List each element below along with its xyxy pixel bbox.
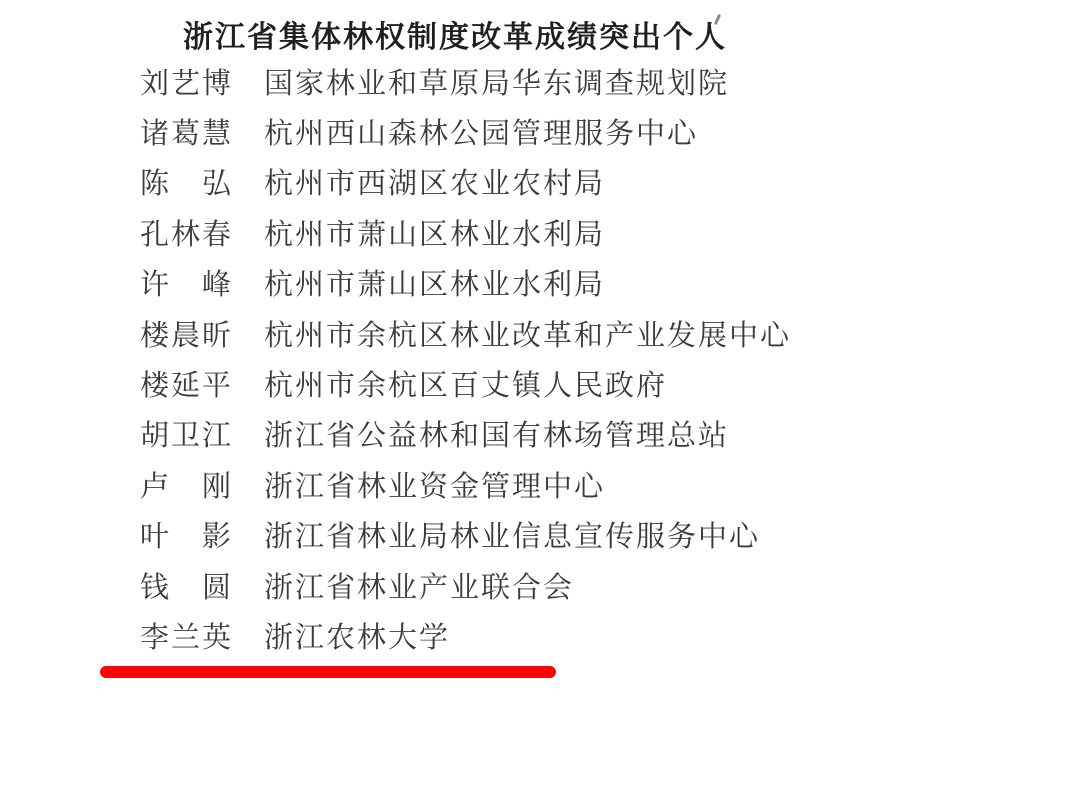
person-name: 胡卫江 [140,413,238,454]
list-item: 楼晨昕 杭州市余杭区林业改革和产业发展中心 [140,308,940,358]
organization-name: 杭州市余杭区百丈镇人民政府 [264,363,667,404]
person-name: 李兰英 [140,615,238,656]
person-name: 诸葛慧 [140,111,238,152]
person-name: 刘艺博 [140,61,238,102]
organization-name: 国家林业和草原局华东调查规划院 [264,61,729,102]
page-title: 浙江省集体林权制度改革成绩突出个人 [140,12,770,56]
organization-name: 浙江省公益林和国有林场管理总站 [264,413,729,454]
list-item: 孔林春 杭州市萧山区林业水利局 [140,207,940,257]
organization-name: 浙江省林业局林业信息宣传服务中心 [264,514,760,555]
list-item: 楼延平 杭州市余杭区百丈镇人民政府 [140,358,940,408]
person-name: 楼延平 [140,363,238,404]
organization-name: 杭州市萧山区林业水利局 [264,262,605,303]
person-name: 叶 影 [140,514,238,555]
list-item: 李兰英 浙江农林大学 [140,610,940,660]
red-highlight-underline [100,666,556,678]
list-item: 卢 刚 浙江省林业资金管理中心 [140,459,940,509]
person-name: 楼晨昕 [140,313,238,354]
list-item: 许 峰 杭州市萧山区林业水利局 [140,258,940,308]
organization-name: 杭州市余杭区林业改革和产业发展中心 [264,313,791,354]
person-name: 陈 弘 [140,161,238,202]
organization-name: 杭州西山森林公园管理服务中心 [264,111,698,152]
organization-name: 浙江省林业产业联合会 [264,565,574,606]
award-recipient-list: 刘艺博 国家林业和草原局华东调查规划院 诸葛慧 杭州西山森林公园管理服务中心 陈… [140,56,940,661]
list-item: 陈 弘 杭州市西湖区农业农村局 [140,157,940,207]
list-item: 叶 影 浙江省林业局林业信息宣传服务中心 [140,510,940,560]
list-item: 钱 圆 浙江省林业产业联合会 [140,560,940,610]
person-name: 钱 圆 [140,565,238,606]
document-page: 浙江省集体林权制度改革成绩突出个人 刘艺博 国家林业和草原局华东调查规划院 诸葛… [0,0,1080,808]
organization-name: 杭州市西湖区农业农村局 [264,161,605,202]
organization-name: 浙江农林大学 [264,615,450,656]
list-item: 诸葛慧 杭州西山森林公园管理服务中心 [140,106,940,156]
organization-name: 浙江省林业资金管理中心 [264,464,605,505]
person-name: 孔林春 [140,212,238,253]
list-item: 刘艺博 国家林业和草原局华东调查规划院 [140,56,940,106]
person-name: 许 峰 [140,262,238,303]
organization-name: 杭州市萧山区林业水利局 [264,212,605,253]
person-name: 卢 刚 [140,464,238,505]
list-item: 胡卫江 浙江省公益林和国有林场管理总站 [140,409,940,459]
